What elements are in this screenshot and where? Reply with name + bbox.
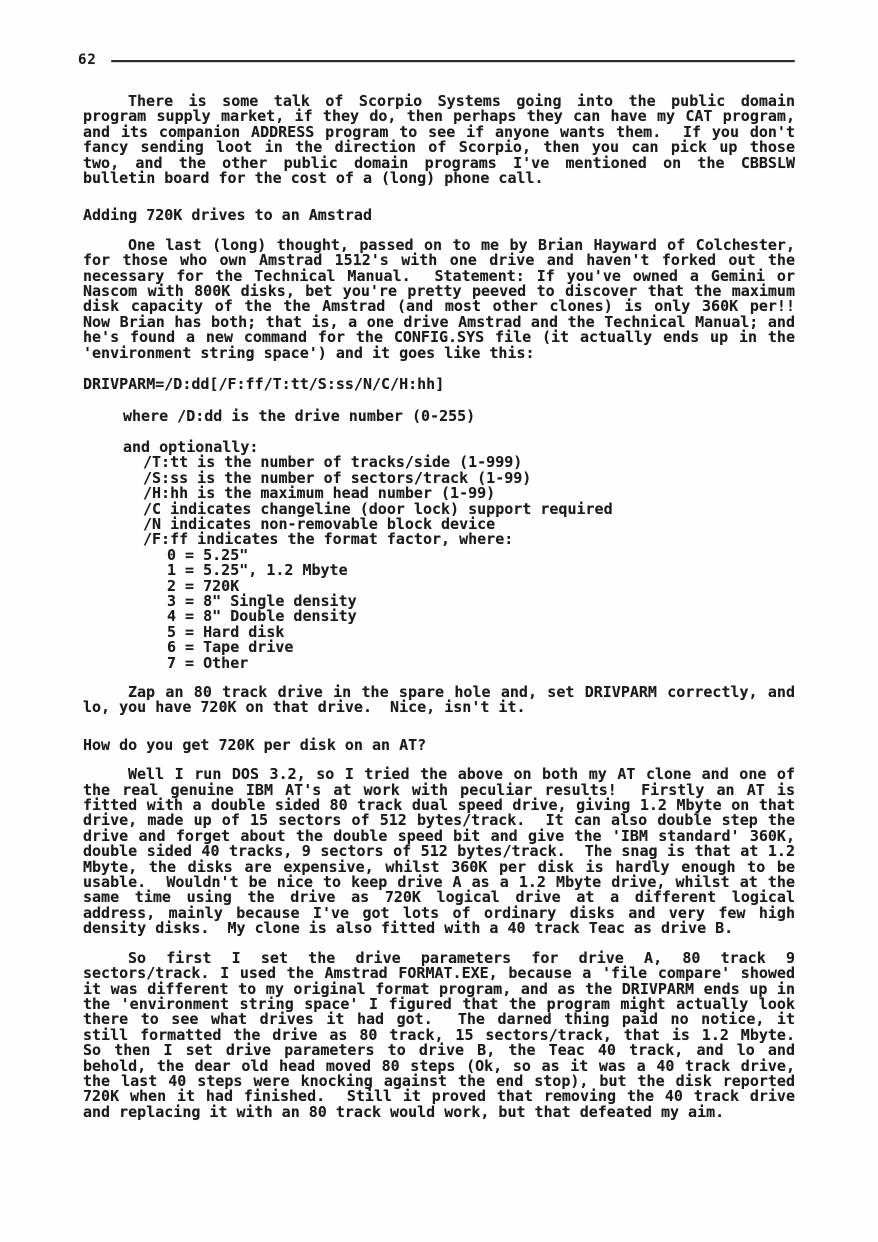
- page-header: 62: [78, 52, 795, 70]
- intro-paragraph: There is some talk of Scorpio Systems go…: [83, 94, 795, 186]
- drivparm-command-line: DRIVPARM=/D:dd[/F:ff/T:tt/S:ss/N/C/H:hh]: [83, 377, 795, 392]
- section-heading-720k-on-at: How do you get 720K per disk on an AT?: [83, 738, 795, 753]
- section-heading-adding-720k: Adding 720K drives to an Amstrad: [83, 208, 795, 223]
- drive-parameters-paragraph: So first I set the drive parameters for …: [83, 951, 795, 1120]
- format-factor-line: 1 = 5.25", 1.2 Mbyte: [167, 563, 795, 578]
- page-number: 62: [78, 53, 97, 68]
- header-rule: [111, 60, 795, 62]
- format-factor-line: 6 = Tape drive: [167, 640, 795, 655]
- format-factor-line: 7 = Other: [167, 656, 795, 671]
- at-clone-paragraph: Well I run DOS 3.2, so I tried the above…: [83, 767, 795, 936]
- document-page: 62 There is some talk of Scorpio Systems…: [0, 0, 878, 1242]
- drive-number-where-line: where /D:dd is the drive number (0-255): [123, 409, 795, 424]
- zap-drive-paragraph: Zap an 80 track drive in the spare hole …: [83, 685, 795, 716]
- adding-720k-paragraph: One last (long) thought, passed on to me…: [83, 238, 795, 361]
